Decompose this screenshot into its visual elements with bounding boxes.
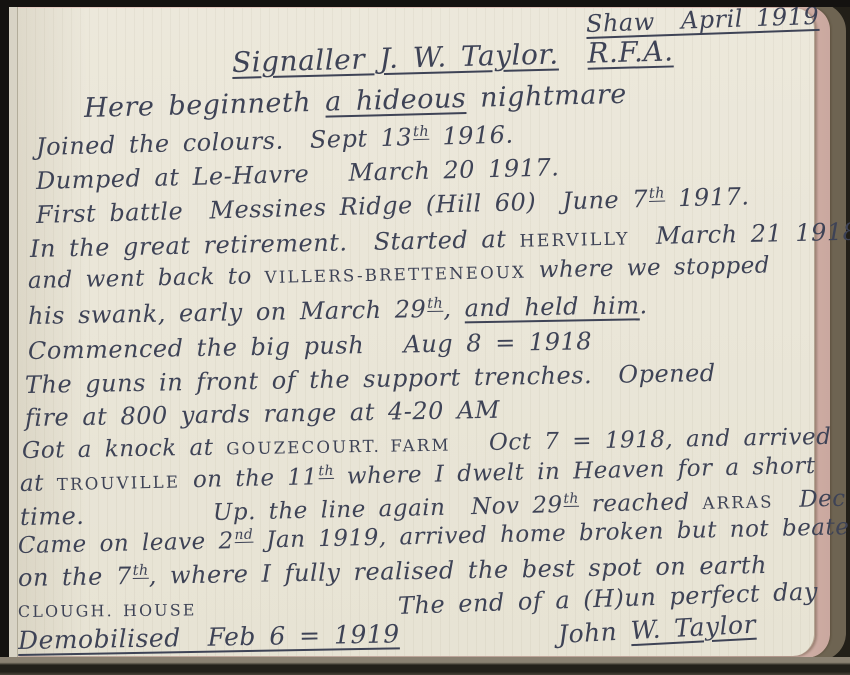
album-photo: Shaw April 1919Signaller J. W. Taylor. R… (0, 0, 850, 675)
album-bottom-edge (0, 657, 850, 675)
binding-top (0, 0, 850, 7)
binding-left (0, 0, 9, 675)
page-gutter-edge (9, 7, 18, 657)
album-page (17, 8, 815, 656)
